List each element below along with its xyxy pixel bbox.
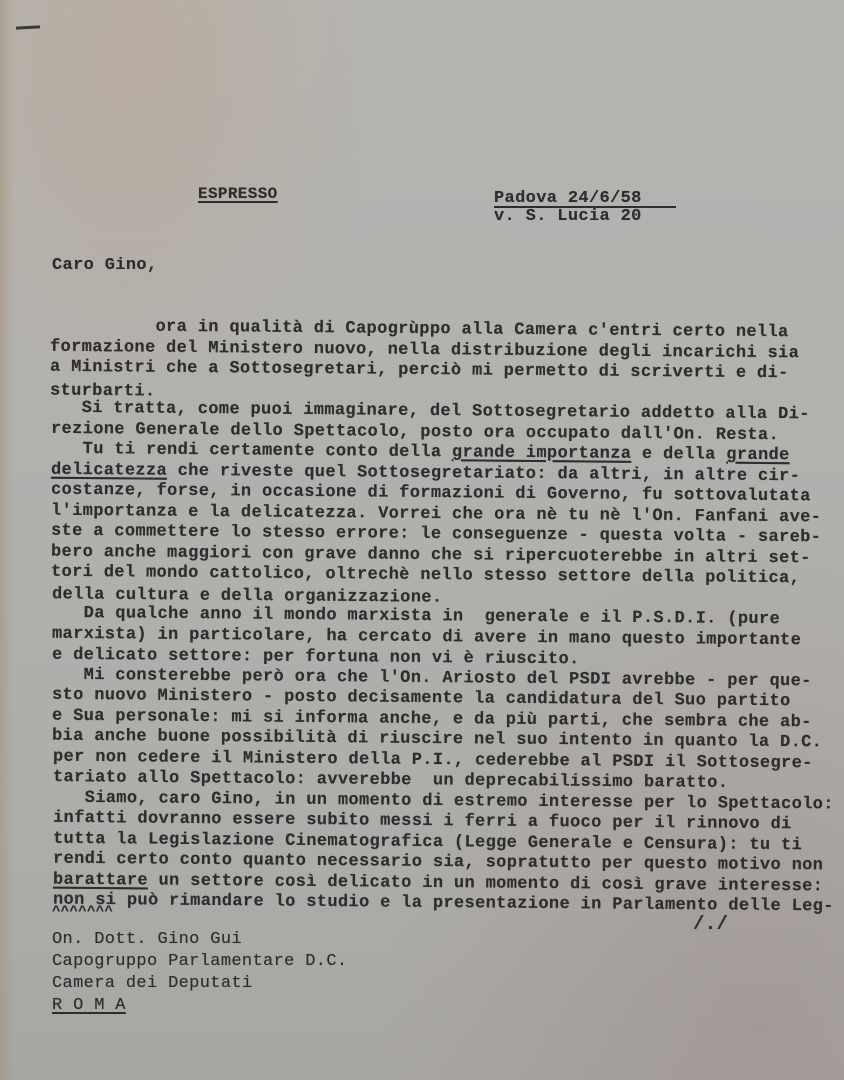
continuation-mark: /./ [693, 915, 728, 934]
underlined-phrase: grande [726, 446, 789, 466]
recipient-line: Camera dei Deputati [52, 974, 252, 993]
salutation: Caro Gino, [52, 256, 158, 275]
letter-page: ESPRESSO Padova 24/6/58 v. S. Lucia 20 C… [0, 0, 844, 1080]
header-label: ESPRESSO [198, 185, 278, 204]
recipient-line: On. Dott. Gino Gui [52, 930, 242, 949]
underlined-phrase: grande importanza [452, 443, 632, 464]
corner-pen-mark [16, 25, 40, 29]
underlined-phrase: barattare [53, 870, 148, 890]
page-end-marks: ^^^^^^^ [52, 903, 113, 922]
underlined-phrase: delicatezza [51, 460, 167, 480]
recipient-line: R O M A [52, 996, 126, 1015]
recipient-line: Capogruppo Parlamentare D.C. [52, 952, 347, 971]
paper-edge [0, 0, 14, 1080]
sender-address: v. S. Lucia 20 [494, 207, 642, 226]
